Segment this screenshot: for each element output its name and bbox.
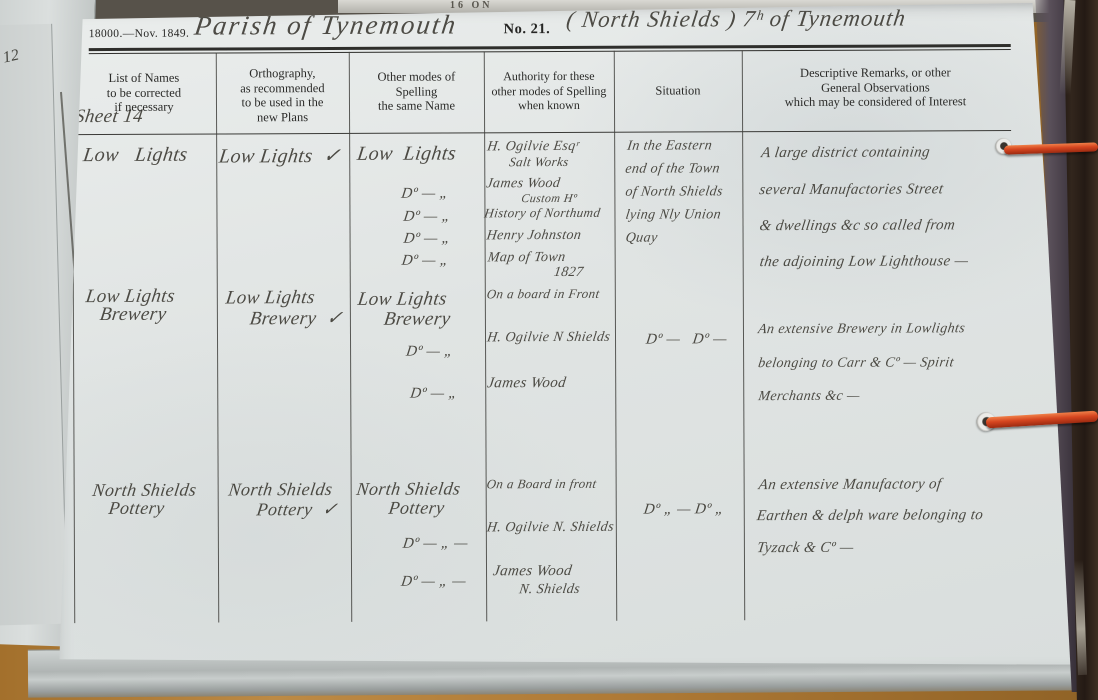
column-header-remarks: Descriptive Remarks, or other General Ob…	[742, 65, 1009, 110]
handwritten-name-low-lights-brewery: Brewery	[98, 304, 167, 326]
handwritten-remarks-low-lights: several Manufactories Street	[758, 181, 944, 199]
underleaf-page-number: 12	[1, 47, 20, 68]
column-header-line: other modes of Spelling	[484, 83, 614, 98]
handwritten-other-modes-north-shields-pottery: Pottery	[387, 498, 446, 519]
header-separator-rule	[69, 130, 1011, 135]
name-book-page: 6 18000.—Nov. 1849. Parish of Tynemouth …	[49, 3, 1077, 669]
handwritten-remarks-low-lights-brewery: Merchants &c —	[757, 389, 861, 405]
handwritten-remarks-low-lights: the adjoining Low Lighthouse —	[759, 253, 970, 271]
column-header-other-modes: Other modes of Spelling the same Name	[349, 69, 484, 113]
handwritten-remarks-north-shields-pottery: An extensive Manufactory of	[757, 476, 942, 494]
column-header-line: the same Name	[349, 98, 484, 113]
handwritten-orthography-north-shields-pottery: North Shields	[227, 479, 334, 500]
handwritten-remarks-north-shields-pottery: Tyzack & Cº —	[756, 540, 855, 557]
column-header-line: to be used in the	[216, 95, 349, 110]
photo-scene: 16 ON 12 6 18000.—Nov. 1849. Parish of T…	[0, 0, 1098, 700]
column-header-orthography: Orthography, as recommended to be used i…	[216, 66, 349, 125]
column-header-line: new Plans	[216, 109, 349, 124]
column-header-line: List of Names	[72, 71, 216, 86]
handwritten-authority-low-lights: 1827	[553, 265, 585, 281]
handwritten-authority-low-lights: Custom Hº	[520, 191, 578, 206]
handwritten-other-modes-low-lights: Dº — „	[402, 230, 451, 247]
handwritten-situation-low-lights-brewery: Dº — Dº —	[645, 331, 728, 348]
column-header-line: Descriptive Remarks, or other	[742, 65, 1009, 81]
column-header-authority: Authority for these other modes of Spell…	[484, 69, 614, 113]
column-header-names: List of Names to be corrected if necessa…	[72, 71, 216, 115]
column-header-line: if necessary	[72, 100, 216, 115]
handwritten-other-modes-low-lights: Dº — „	[401, 252, 450, 269]
handwritten-other-modes-low-lights: Low Lights	[356, 142, 458, 165]
column-divider	[614, 51, 617, 621]
handwritten-situation-low-lights: lying Nly Union	[624, 207, 722, 223]
handwritten-authority-low-lights: James Wood	[485, 176, 561, 192]
handwritten-authority-low-lights: Henry Johnston	[485, 228, 582, 244]
handwritten-situation-low-lights: Quay	[624, 231, 658, 247]
handwritten-other-modes-low-lights-brewery: Dº — „	[409, 385, 458, 402]
handwritten-other-modes-north-shields-pottery: Dº — „ —	[402, 535, 469, 552]
handwritten-name-low-lights: Low Lights	[82, 144, 189, 167]
handwritten-authority-north-shields-pottery: James Wood	[492, 563, 573, 580]
handwritten-authority-low-lights: Salt Works	[508, 154, 570, 170]
handwritten-orthography-low-lights-brewery: Brewery ✓	[248, 307, 344, 330]
handwritten-situation-low-lights: of North Shields	[624, 184, 724, 200]
column-header-line: when known	[484, 98, 614, 113]
handwritten-other-modes-low-lights-brewery: Dº — „	[405, 343, 454, 360]
handwritten-authority-low-lights: History of Northumd	[483, 205, 601, 222]
handwritten-orthography-north-shields-pottery: Pottery ✓	[255, 499, 339, 520]
handwritten-situation-low-lights: end of the Town	[624, 161, 721, 177]
handwritten-other-modes-low-lights: Dº — „	[400, 185, 449, 202]
handwritten-orthography-low-lights: Low Lights ✓	[218, 143, 343, 169]
print-code: 18000.—Nov. 1849.	[89, 28, 190, 40]
handwritten-authority-north-shields-pottery: On a Board in front	[486, 476, 598, 492]
handwritten-other-modes-north-shields-pottery: Dº — „ —	[400, 573, 467, 590]
column-header-line: General Observations	[742, 80, 1009, 96]
handwritten-remarks-low-lights: & dwellings &c so called from	[758, 217, 956, 235]
handwritten-remarks-low-lights: A large district containing	[760, 144, 931, 162]
column-header-line: as recommended	[216, 80, 349, 95]
handwritten-authority-low-lights-brewery: H. Ogilvie N Shields	[486, 330, 611, 347]
column-header-line: Authority for these	[484, 69, 614, 84]
top-edge-text: 16 ON	[450, 0, 493, 11]
handwritten-authority-low-lights: H. Ogilvie Esqʳ	[486, 139, 580, 155]
handwritten-other-modes-low-lights-brewery: Brewery	[382, 308, 451, 330]
column-divider	[349, 52, 352, 622]
column-header-line: which may be considered of Interest	[742, 94, 1009, 110]
handwritten-remarks-low-lights-brewery: An extensive Brewery in Lowlights	[757, 321, 966, 338]
handwritten-orthography-low-lights-brewery: Low Lights	[224, 287, 316, 309]
handwritten-authority-north-shields-pottery: N. Shields	[518, 582, 581, 598]
handwritten-authority-low-lights-brewery: On a board in Front	[486, 286, 601, 303]
column-header-situation: Situation	[614, 83, 742, 98]
column-divider	[216, 53, 219, 623]
handwritten-situation-low-lights: In the Eastern	[626, 138, 713, 154]
handwritten-name-north-shields-pottery: Pottery	[107, 498, 166, 519]
handwritten-other-modes-low-lights-brewery: Low Lights	[356, 288, 448, 310]
handwritten-authority-low-lights-brewery: James Wood	[486, 375, 567, 392]
column-header-line: Other modes of	[349, 69, 484, 84]
column-divider	[742, 50, 745, 620]
sheet-number-label: No. 21.	[504, 21, 551, 38]
handwritten-situation-north-shields-pottery: Dº „ — Dº „	[643, 501, 726, 518]
handwritten-authority-north-shields-pottery: H. Ogilvie N. Shields	[486, 520, 615, 537]
handwritten-other-modes-low-lights: Dº — „	[402, 208, 451, 225]
handwritten-remarks-north-shields-pottery: Earthen & delph ware belonging to	[756, 507, 985, 525]
column-header-line: Orthography,	[216, 66, 349, 81]
column-header-line: Situation	[614, 83, 742, 98]
column-header-line: to be corrected	[72, 85, 216, 100]
column-header-line: Spelling	[349, 84, 484, 99]
handwritten-authority-low-lights: Map of Town	[487, 250, 567, 266]
handwritten-remarks-low-lights-brewery: belonging to Carr & Cº — Spirit	[757, 355, 955, 372]
